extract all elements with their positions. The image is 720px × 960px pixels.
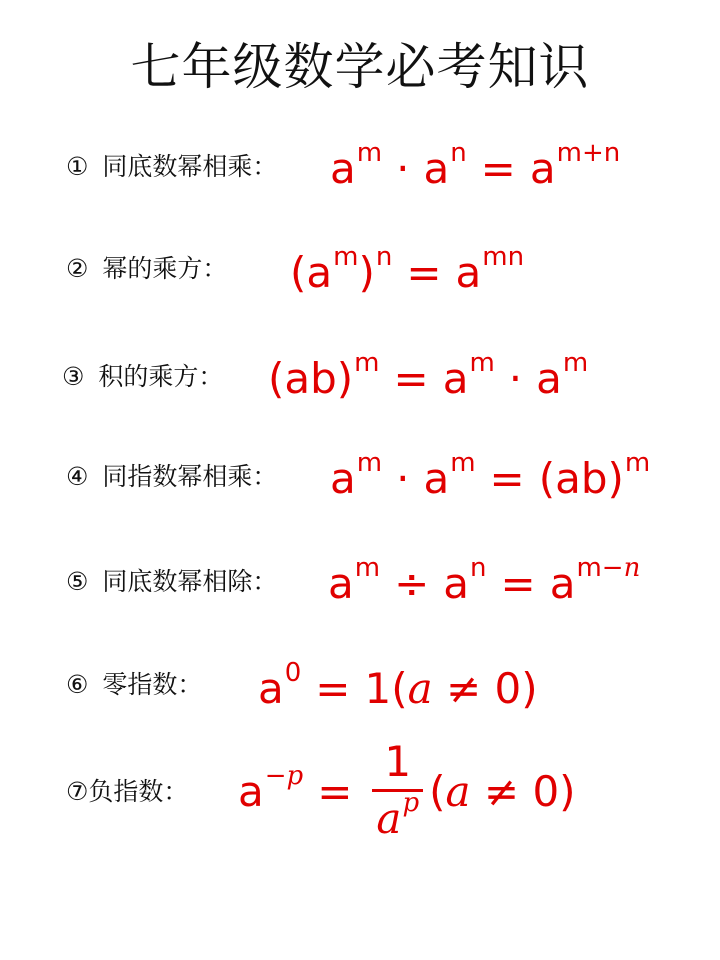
rule-label: ③积的乘方： [62,364,223,389]
rule-number: ⑥ [66,670,88,699]
rule-number: ① [66,152,88,181]
rule-name: 同底数幂相除： [102,567,277,596]
rule-label: ②幂的乘方： [66,256,227,281]
rule-name: 零指数： [102,670,202,699]
rule-name: 同底数幂相乘： [102,152,277,181]
rule-row-7: ⑦负指数： a−p=1ap(a ≠ 0) [0,745,720,865]
formula-quotient-same-base: am÷an=am−n [328,563,640,605]
rule-row-2: ②幂的乘方： (am)n=amn [0,248,720,328]
rule-name: 同指数幂相乘： [102,462,277,491]
formula-product-same-exponent: am·am=(ab)m [330,458,650,500]
formula-product-same-base: am·an=am+n [330,148,620,190]
formula-zero-exponent: a0=1(a ≠ 0) [258,668,538,710]
rule-row-5: ⑤同底数幂相除： am÷an=am−n [0,555,720,635]
rule-label: ①同底数幂相乘： [66,154,277,179]
rule-name: 负指数： [88,777,188,806]
rule-row-1: ①同底数幂相乘： am·an=am+n [0,140,720,220]
rule-row-3: ③积的乘方： (ab)m=am·am [0,350,720,430]
formula-negative-exponent: a−p=1ap(a ≠ 0) [238,745,576,844]
formula-power-of-product: (ab)m=am·am [268,358,588,400]
rule-label: ⑥零指数： [66,672,202,697]
rule-row-6: ⑥零指数： a0=1(a ≠ 0) [0,662,720,742]
rule-row-4: ④同指数幂相乘： am·am=(ab)m [0,450,720,530]
rule-label: ④同指数幂相乘： [66,464,277,489]
formula-power-of-power: (am)n=amn [290,252,524,294]
fraction: 1ap [372,741,423,840]
rule-name: 积的乘方： [98,362,223,391]
rule-label: ⑤同底数幂相除： [66,569,277,594]
rule-number: ④ [66,462,88,491]
rule-number: ② [66,254,88,283]
rule-label: ⑦负指数： [66,779,188,804]
rule-name: 幂的乘方： [102,254,227,283]
rule-number: ⑦ [66,777,88,806]
page-title: 七年级数学必考知识 [0,42,720,92]
rule-number: ⑤ [66,567,88,596]
rule-number: ③ [62,362,84,391]
